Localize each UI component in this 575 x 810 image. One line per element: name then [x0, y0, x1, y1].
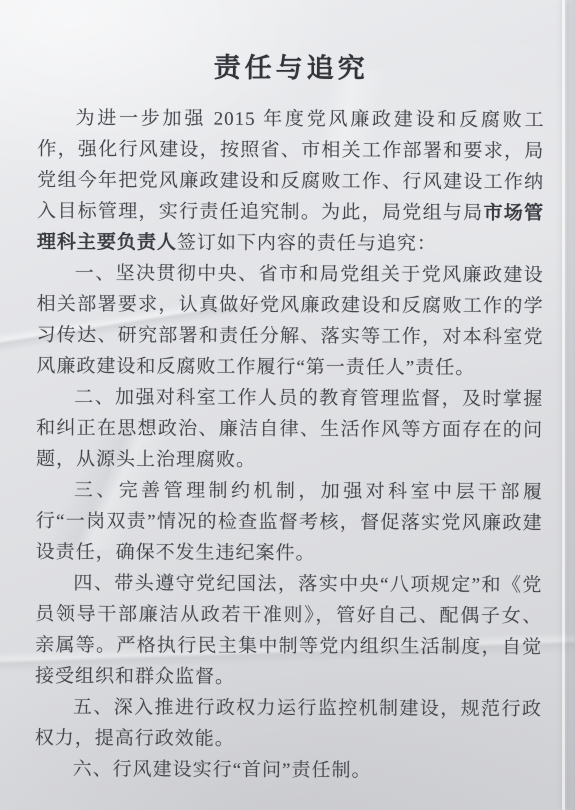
intro-text-post: 签订如下内容的责任与追究： — [177, 233, 437, 255]
document-body: 责任与追究 为进一步加强 2015 年度党风廉政建设和反腐败工作，强化行风建设，… — [0, 0, 575, 787]
clause-paragraph-3: 三、完善管理制约机制，加强对科室中层干部履行“一岗双责”情况的检查监督考核，督促… — [36, 475, 543, 570]
clause-paragraph-5: 五、深入推进行政权力运行监控机制建设，规范行政权力，提高行政效能。 — [35, 692, 542, 756]
clause-paragraph-2: 二、加强对科室工作人员的教育管理监督，及时掌握和纠正在思想政治、廉洁自律、生活作… — [36, 382, 543, 477]
document-title: 责任与追究 — [38, 49, 545, 87]
clause-paragraph-6: 六、行风建设实行“首问”责任制。 — [35, 754, 542, 787]
intro-text-pre: 为进一步加强 2015 年度党风廉政建设和反腐败工作，强化行风建设，按照省、市相… — [37, 108, 544, 224]
intro-paragraph: 为进一步加强 2015 年度党风廉政建设和反腐败工作，强化行风建设，按照省、市相… — [37, 103, 545, 260]
paper-photo: 责任与追究 为进一步加强 2015 年度党风廉政建设和反腐败工作，强化行风建设，… — [0, 0, 575, 810]
clause-paragraph-1: 一、坚决贯彻中央、省市和局党组关于党风廉政建设相关部署要求，认真做好党风廉政建设… — [36, 258, 544, 384]
clause-paragraph-4: 四、带头遵守党纪国法，落实中央“八项规定”和《党员领导干部廉洁从政若干准则》，管… — [35, 568, 543, 694]
